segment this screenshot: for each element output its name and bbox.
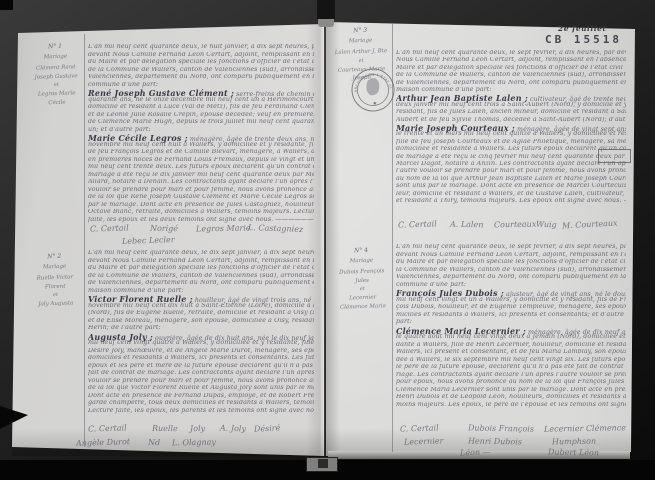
- register-line-text: maison commune d'une part:: [396, 87, 492, 93]
- signature: Henri Dubois: [468, 437, 522, 447]
- margin-bride-name: Courteaux Marie Joseph: [334, 65, 389, 83]
- register-line: fille de feu Joseph Courteaux et de Agla…: [396, 139, 626, 145]
- margin-note: N° 2MariageRuelle Victor FlorentetJoly A…: [25, 251, 85, 309]
- register-line: maison commune d'une part:: [396, 87, 626, 93]
- signature: Legros Marie: [196, 224, 251, 234]
- register-line-text: l'autre vouloir se prendre pour mari et …: [396, 168, 626, 174]
- margin-bride-name: Lecernier Clémence Maria: [335, 293, 392, 311]
- register-line: Maire et par délégation spéciale les fon…: [396, 65, 626, 71]
- register-line: mariage a été reçu le dix janvier mil ne…: [88, 172, 314, 178]
- register-line: commune d'une part:: [396, 282, 626, 288]
- register-line-text: Hérin; de l'autre part:: [88, 325, 161, 331]
- register-line-text: de Clémence Marie Hugh, depuis le trois …: [88, 119, 314, 125]
- margin-groom-name: Dubois François Jules: [334, 267, 391, 285]
- signature: Humphson: [552, 437, 596, 447]
- register-line-text: dante à Wallers, fille de Henri Lecernie…: [396, 342, 626, 348]
- register-line-text: domiciliés et résidants à Wallers, ici p…: [88, 355, 314, 361]
- register-line: riage. Les contractants ayant déclaré l'…: [396, 372, 626, 378]
- signature: C. Certail: [88, 423, 127, 433]
- register-line-text: de la Commune de Wallers, canton de Vale…: [88, 273, 314, 279]
- register-line-text: le quatre août mil neuf cent vingt deux …: [396, 334, 626, 340]
- register-line: commune d'une part:: [88, 82, 314, 88]
- signature: Lecernier: [404, 436, 444, 446]
- register-line-text: Dont acte en présence de Fernand Dupas, …: [88, 393, 314, 399]
- register-line: de la loi que René Joseph Gustave Clémen…: [88, 194, 314, 200]
- register-line: Nous Camille Fernand Léon Certart, adjoi…: [396, 57, 626, 63]
- register-line-text: vouloir se prendre pour mari et pour fem…: [88, 378, 314, 384]
- register-line-text: moins majeurs. Les époux, le père de l'é…: [396, 402, 626, 408]
- register-line: deux janvier mil neuf cent trois à Saint…: [396, 102, 626, 108]
- register-line: faite, les époux et les deux témoins ont…: [88, 217, 314, 223]
- register-line: Clémence Maria Lecernier sont unis par l…: [396, 387, 626, 393]
- register-line: de Valenciennes, département du Nord, on…: [88, 280, 314, 286]
- register-line-text: dée à Wallers, le six septembre mil neuf…: [396, 357, 626, 363]
- signature: Norigé: [150, 224, 178, 233]
- register-line: pour époux, nous avons prononcé au nom d…: [396, 379, 626, 385]
- register-line: devant Nous Camille Fernand Léon Certart…: [88, 52, 314, 58]
- register-line: de feu François Legros et de Camille Blé…: [88, 149, 314, 155]
- register-line-text: commune d'une part:: [396, 282, 466, 288]
- margin-number: N° 2: [25, 251, 83, 262]
- register-line-text: par le mariage. Dont acte en présence de…: [88, 202, 314, 208]
- margin-bride-name: Legros Marie Cécile: [29, 89, 86, 107]
- margin-groom-name: Clément René Joseph Gustave: [28, 63, 85, 81]
- register-line: du Maire et par délégation spéciale les …: [396, 259, 626, 265]
- register-line: la Commune de Wallers, canton de Valenci…: [396, 267, 626, 273]
- register-line-text: L'an mil neuf cent quarante deux, le sep…: [396, 244, 626, 250]
- register-line-text: du Maire et par délégation spéciale les …: [88, 265, 314, 271]
- register-line-text: maison commune d'une part:: [88, 288, 184, 294]
- register-line-text: (Nord), fils de Eugène Ruelle, retraité,…: [88, 310, 314, 316]
- register-line: de la Commune de Wallers, canton de Vale…: [88, 67, 314, 73]
- register-line-text: époux et les père et mère de la future é…: [88, 363, 314, 369]
- feuillet-label: 2e feuillet: [558, 24, 606, 33]
- register-line-text: quarante ans, né le onze décembre mil ne…: [88, 97, 314, 103]
- register-line-text: Valenciennes, département du Nord, ont c…: [88, 74, 314, 80]
- signature: Désiré: [254, 423, 281, 433]
- register-line: Wallers, ici présent et consentant, et d…: [396, 349, 626, 355]
- register-line: de mariage a été reçu le cinq février mi…: [396, 154, 626, 160]
- register-line-text: novembre mil neuf cent dix huit à Saint-…: [88, 303, 314, 309]
- register-line: moins majeurs. Les époux, le père de l'é…: [396, 402, 626, 408]
- register-line: au nom de la loi que Arthur Jean Baptist…: [396, 176, 626, 182]
- register-line-text: mil neuf cent vingt quatre à Wallers, y …: [88, 340, 314, 346]
- register-line-text: L'an mil neuf cent quarante deux, le hui…: [88, 44, 314, 50]
- register-line-text: novembre mil neuf cent huit à Wallers, y…: [88, 142, 314, 148]
- register-line: maison commune d'une part:: [88, 288, 314, 294]
- register-line: Désiré Joly, manœuvre, et de Angèle Mari…: [88, 348, 314, 354]
- register-line: le père de la future épouse, déclarent q…: [396, 364, 626, 370]
- register-line: L'an mil neuf cent quarante deux, le sep…: [396, 244, 626, 250]
- signature: L. Olagnay: [172, 438, 216, 448]
- register-line: L'an mil neuf cent quarante deux, le dix…: [88, 250, 314, 256]
- register-line-text: Nous Camille Fernand Léon Certart, adjoi…: [396, 57, 626, 63]
- register-line: du Maire et par délégation spéciale les …: [88, 265, 314, 271]
- register-line: dante à Wallers, fille de Henri Lecernie…: [396, 342, 626, 348]
- register-line-text: de la Commune de Wallers, canton de Vale…: [396, 72, 626, 78]
- register-line: de la Commune de Wallers, canton de Vale…: [396, 72, 626, 78]
- signature: C. Certail: [400, 423, 439, 433]
- register-line-text: riage. Les contractants ayant déclaré l'…: [396, 372, 626, 378]
- register-line-text: Allard, notaire à Denain. Les contractan…: [88, 179, 314, 185]
- register-line-text: L'an mil neuf cent quarante deux, le dix…: [88, 250, 314, 256]
- register-line-text: de Valenciennes, département du Nord, on…: [88, 280, 314, 286]
- register-line: en premières noces de Fernand Louis Frém…: [88, 157, 314, 163]
- signature: L. Castagniez: [248, 223, 303, 234]
- register-line-text: sont unis par le mariage. Dont acte en p…: [396, 183, 626, 189]
- register-line-text: de la Commune de Wallers, canton de Vale…: [88, 67, 314, 73]
- register-line-text: faite, les époux et les deux témoins ont…: [88, 217, 314, 223]
- register-line-text: le trente et un mars mil neuf cent quinz…: [396, 131, 626, 137]
- signature: Ruelle: [152, 424, 178, 433]
- register-line: Aubert et de feu Sylvie Thomas, décédée …: [396, 117, 626, 123]
- register-line-text: commune d'une part:: [88, 82, 158, 88]
- register-line-text: mil neuf cent vingt et un à Wallers, y d…: [396, 297, 626, 303]
- register-line: un; et d'autre part:: [88, 127, 314, 133]
- register-line: mil neuf cent vingt et un à Wallers, y d…: [396, 297, 626, 303]
- background-corner: [0, 0, 13, 10]
- register-line: vouloir se prendre pour mari et pour fem…: [88, 378, 314, 384]
- margin-number: N° 1: [27, 41, 83, 52]
- register-line-text: part:: [396, 319, 412, 325]
- margin-number: N° 3: [333, 25, 387, 36]
- register-line-text: Marcel Dagot, notaire à Anzin. Les contr…: [396, 161, 626, 167]
- register-line: domicilié et résidant à Luce (Val de Met…: [88, 104, 314, 110]
- register-line-text: Octave Blanc, retraité, domiciliés à Wal…: [88, 209, 314, 215]
- register-line-text: de mariage a été reçu le cinq février mi…: [396, 154, 626, 160]
- register-line-text: Henri Dubois et de Léopold Léon, houille…: [396, 394, 626, 400]
- signature: Léon —: [460, 447, 491, 457]
- register-line: Henri Dubois et de Léopold Léon, houille…: [396, 394, 626, 400]
- margin-note: N° 1MariageClément René Joseph Gustaveet…: [27, 41, 85, 108]
- register-line: Octave Blanc, retraité, domiciliés à Wal…: [88, 209, 314, 215]
- register-scan: 2e feuillet CB 15518 ARCHIVES DE L'ÉTAT …: [0, 0, 655, 480]
- binding-crease: [324, 22, 325, 456]
- margin-note: N° 4MariageDubois François JulesetLecern…: [333, 245, 391, 312]
- margin-act-type: Mariage: [333, 256, 389, 266]
- signature: A. Joly: [220, 424, 246, 434]
- register-line-text: un; et d'autre part:: [88, 127, 151, 133]
- register-line: garde champêtre, tous deux domiciliés et…: [88, 400, 314, 406]
- register-line: (Nord), fils de Eugène Ruelle, retraité,…: [88, 310, 314, 316]
- register-line: domiciliée et résidante à Wallers. Les f…: [396, 146, 626, 152]
- register-line: Hérin; de l'autre part:: [88, 325, 314, 331]
- register-line-text: devant Nous Camille Fernand Léon Certart…: [88, 258, 314, 264]
- register-line-text: deux janvier mil neuf cent trois à Saint…: [396, 102, 626, 108]
- register-line-text: et résidant à Thiry, témoins majeurs. Le…: [396, 198, 626, 204]
- stamp-star-icon: ★: [372, 101, 378, 108]
- register-line: le trente et un mars mil neuf cent quinz…: [396, 131, 626, 137]
- register-line-text: de Valenciennes, département du Nord, on…: [396, 80, 626, 86]
- signature: A. Lalen: [450, 220, 484, 230]
- signature: Dubois François: [468, 423, 534, 433]
- margin-groom-name: Ruelle Victor Florent: [26, 273, 85, 292]
- register-line: mil neuf cent vingt quatre à Wallers, y …: [88, 340, 314, 346]
- register-line-text: la Commune de Wallers, canton de Valenci…: [396, 267, 626, 273]
- margin-note: N° 3MariageLalen Arthur J. BteetCourteau…: [333, 25, 389, 83]
- signature: C. Certail: [90, 223, 129, 233]
- register-line-text: domiciliée et résidante à Wallers. Les f…: [396, 146, 626, 152]
- register-line: leur, domicilié et résidant à Wallers, e…: [396, 191, 626, 197]
- register-line-text: miciliés et résidants à Wallers, ici pré…: [396, 312, 624, 318]
- register-line: quarante ans, né le onze décembre mil ne…: [88, 97, 314, 103]
- register-line: résidant, fils de Jules Lalen, ancien mi…: [396, 109, 626, 115]
- register-line-text: devant Nous Camille Fernand Léon Certart…: [88, 52, 314, 58]
- register-line: domiciliés et résidants à Wallers, ici p…: [88, 355, 314, 361]
- signature: Nd: [148, 438, 160, 447]
- signature: Wuig: [536, 220, 557, 230]
- register-line-text: çois Dubois, houilleur, et de Eugénie Te…: [396, 304, 626, 310]
- register-line: époux et les père et mère de la future é…: [88, 363, 314, 369]
- margin-act-type: Mariage: [333, 36, 387, 46]
- register-line: de la Commune de Wallers, canton de Vale…: [88, 273, 314, 279]
- register-line-text: et de Léonie Julie Rosalie Crépin, épous…: [88, 112, 314, 118]
- signature: Dubert Léon: [548, 448, 599, 458]
- book-clip-top: [317, 0, 335, 19]
- register-line: çois Dubois, houilleur, et de Eugénie Te…: [396, 304, 626, 310]
- register-line: par le mariage. Dont acte en présence de…: [88, 202, 314, 208]
- register-line-text: le père de la future épouse, déclarent q…: [396, 364, 626, 370]
- signature: Lecernier Clémence: [544, 423, 626, 433]
- register-line: et de Léonie Julie Rosalie Crépin, épous…: [88, 112, 314, 118]
- register-line-text: leur, domicilié et résidant à Wallers, e…: [396, 191, 626, 197]
- register-line: mil neuf cent trente deux. Les futurs ép…: [88, 164, 314, 170]
- register-line: de Valenciennes, département du Nord, on…: [396, 80, 626, 86]
- register-line: Lecture faite, les époux, les parents et…: [88, 408, 314, 414]
- register-line: l'autre vouloir se prendre pour mari et …: [396, 168, 626, 174]
- register-line-text: en premières noces de Fernand Louis Frém…: [88, 157, 314, 163]
- register-line: miciliés et résidants à Wallers, ici pré…: [396, 312, 626, 318]
- register-line: du Maire et par délégation spéciale les …: [88, 59, 314, 65]
- register-line-text: de feu François Legros et de Camille Blé…: [88, 149, 314, 155]
- register-line: novembre mil neuf cent huit à Wallers, y…: [88, 142, 314, 148]
- register-line: Valenciennes, département du Nord, ont c…: [88, 74, 314, 80]
- register-line: vouloir se prendre pour mari et pour fem…: [88, 187, 314, 193]
- stamped-code: CB 15518: [545, 33, 622, 46]
- register-line-text: fait de contrat de mariage. Les contract…: [88, 370, 314, 376]
- register-line-text: au nom de la loi que Arthur Jean Baptist…: [396, 176, 626, 182]
- register-line: devant Nous Camille Fernand Léon Certart…: [396, 252, 626, 258]
- signature: C. Certail: [398, 219, 437, 229]
- register-line: de Clémence Marie Hugh, depuis le trois …: [88, 119, 314, 125]
- register-line: L'an mil neuf cent quarante deux, le hui…: [88, 44, 314, 50]
- register-line-text: devant Nous Camille Fernand Léon Certart…: [396, 252, 626, 258]
- register-line-text: domicilié et résidant à Luce (Val de Met…: [88, 104, 314, 110]
- register-line: novembre mil neuf cent dix huit à Saint-…: [88, 303, 314, 309]
- register-line-text: du Maire et par délégation spéciale les …: [396, 259, 626, 265]
- signature: Joly: [190, 424, 205, 433]
- register-line: Allard, notaire à Denain. Les contractan…: [88, 179, 314, 185]
- register-line-text: Lecture faite, les époux, les parents et…: [88, 408, 314, 414]
- register-line-text: garde champêtre, tous deux domiciliés et…: [88, 400, 314, 406]
- register-line: Valenciennes, département du Nord, ont c…: [396, 274, 626, 280]
- register-line-text: mariage a été reçu le dix janvier mil ne…: [88, 172, 314, 178]
- register-line-text: Désiré Joly, manœuvre, et de Angèle Mari…: [88, 348, 314, 354]
- register-line: sont unis par le mariage. Dont acte en p…: [396, 183, 626, 189]
- register-line-text: de la loi que René Joseph Gustave Clémen…: [88, 194, 314, 200]
- register-line-text: L'an mil neuf cent quarante deux, le sep…: [396, 50, 626, 56]
- register-line: et de Élise Moreau, ménagère, son épouse…: [88, 318, 314, 324]
- register-line-text: fille de feu Joseph Courteaux et de Agla…: [396, 139, 626, 145]
- margin-act-type: Mariage: [25, 262, 83, 272]
- register-line: Dont acte en présence de Fernand Dupas, …: [88, 393, 314, 399]
- register-line: Marcel Dagot, notaire à Anzin. Les contr…: [396, 161, 626, 167]
- margin-number: N° 4: [333, 245, 389, 256]
- register-line-text: Maire et par délégation spéciale les fon…: [396, 65, 623, 71]
- register-line-text: Clémence Maria Lecernier sont unis par l…: [396, 387, 626, 393]
- register-line-text: vouloir se prendre pour mari et pour fem…: [88, 187, 314, 193]
- signature: Lebec Lecler: [122, 235, 175, 246]
- register-line-text: du Maire et par délégation spéciale les …: [88, 59, 314, 65]
- register-line: le quatre août mil neuf cent vingt deux …: [396, 334, 626, 340]
- book-clip-bottom-detail: [318, 459, 328, 468]
- register-line: de la loi que Victor Florent Ruelle et A…: [88, 385, 314, 391]
- register-line-text: Wallers, ici présent et consentant, et d…: [396, 349, 626, 355]
- register-line: devant Nous Camille Fernand Léon Certart…: [88, 258, 314, 264]
- register-line-text: Aubert et de feu Sylvie Thomas, décédée …: [396, 117, 626, 123]
- register-line-text: Valenciennes, département du Nord, ont c…: [396, 274, 626, 280]
- register-line: L'an mil neuf cent quarante deux, le sep…: [396, 50, 626, 56]
- register-line-text: et de Élise Moreau, ménagère, son épouse…: [88, 318, 314, 324]
- register-line-text: résidant, fils de Jules Lalen, ancien mi…: [396, 109, 626, 115]
- register-line: dée à Wallers, le six septembre mil neuf…: [396, 357, 626, 363]
- register-line-text: mil neuf cent trente deux. Les futurs ép…: [88, 164, 314, 170]
- register-line: et résidant à Thiry, témoins majeurs. Le…: [396, 198, 626, 204]
- register-line: fait de contrat de mariage. Les contract…: [88, 370, 314, 376]
- margin-act-type: Mariage: [27, 52, 83, 62]
- margin-rule: [392, 24, 393, 452]
- signature: Courteaux: [494, 220, 536, 230]
- register-line-text: de la loi que Victor Florent Ruelle et A…: [88, 385, 314, 391]
- signature: Angèle Durot: [76, 437, 130, 448]
- register-line-text: pour époux, nous avons prononcé au nom d…: [396, 379, 626, 385]
- register-line: part:: [396, 319, 626, 325]
- book-clip-top-tip: [318, 19, 334, 27]
